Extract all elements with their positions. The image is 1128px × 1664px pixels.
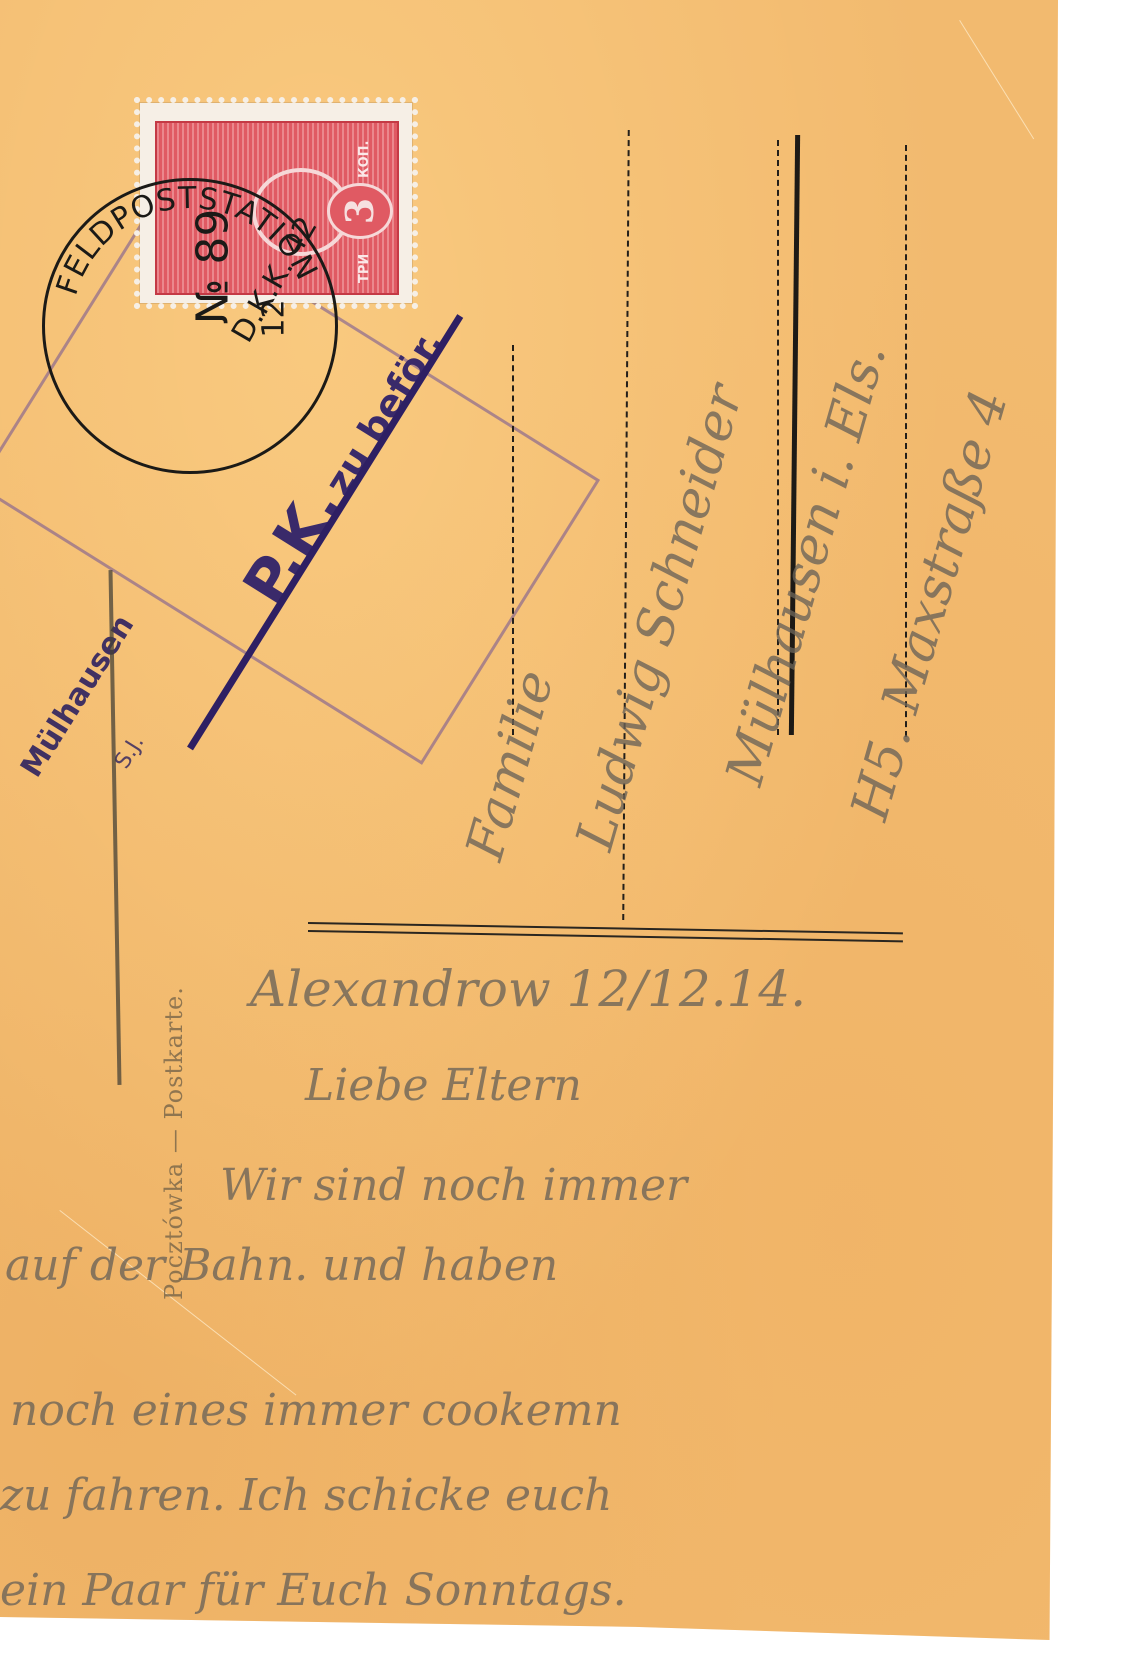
message-line: auf der Bahn. und haben	[5, 1240, 558, 1291]
postmark-number: № 89	[187, 209, 238, 325]
stamp-value: 3	[327, 183, 393, 239]
message-place-date: Alexandrow 12/12.14.	[250, 960, 806, 1018]
stamp-value-text: ТРИ	[357, 254, 372, 283]
message-line: Wir sind noch immer	[220, 1160, 687, 1211]
feldpost-postmark: FELDPOSTSTATION № 89 D.K.K. 42 12	[42, 178, 338, 474]
message-line: ein Paar für Euch Sonntags.	[0, 1565, 627, 1616]
postmark-date: 12	[257, 299, 292, 337]
message-greeting: Liebe Eltern	[305, 1060, 582, 1111]
stamp-unit: КОП.	[357, 141, 372, 179]
message-line: zu fahren. Ich schicke euch	[0, 1470, 612, 1521]
message-line: noch eines immer cookemn	[10, 1385, 622, 1436]
paper-crease	[959, 20, 1034, 139]
